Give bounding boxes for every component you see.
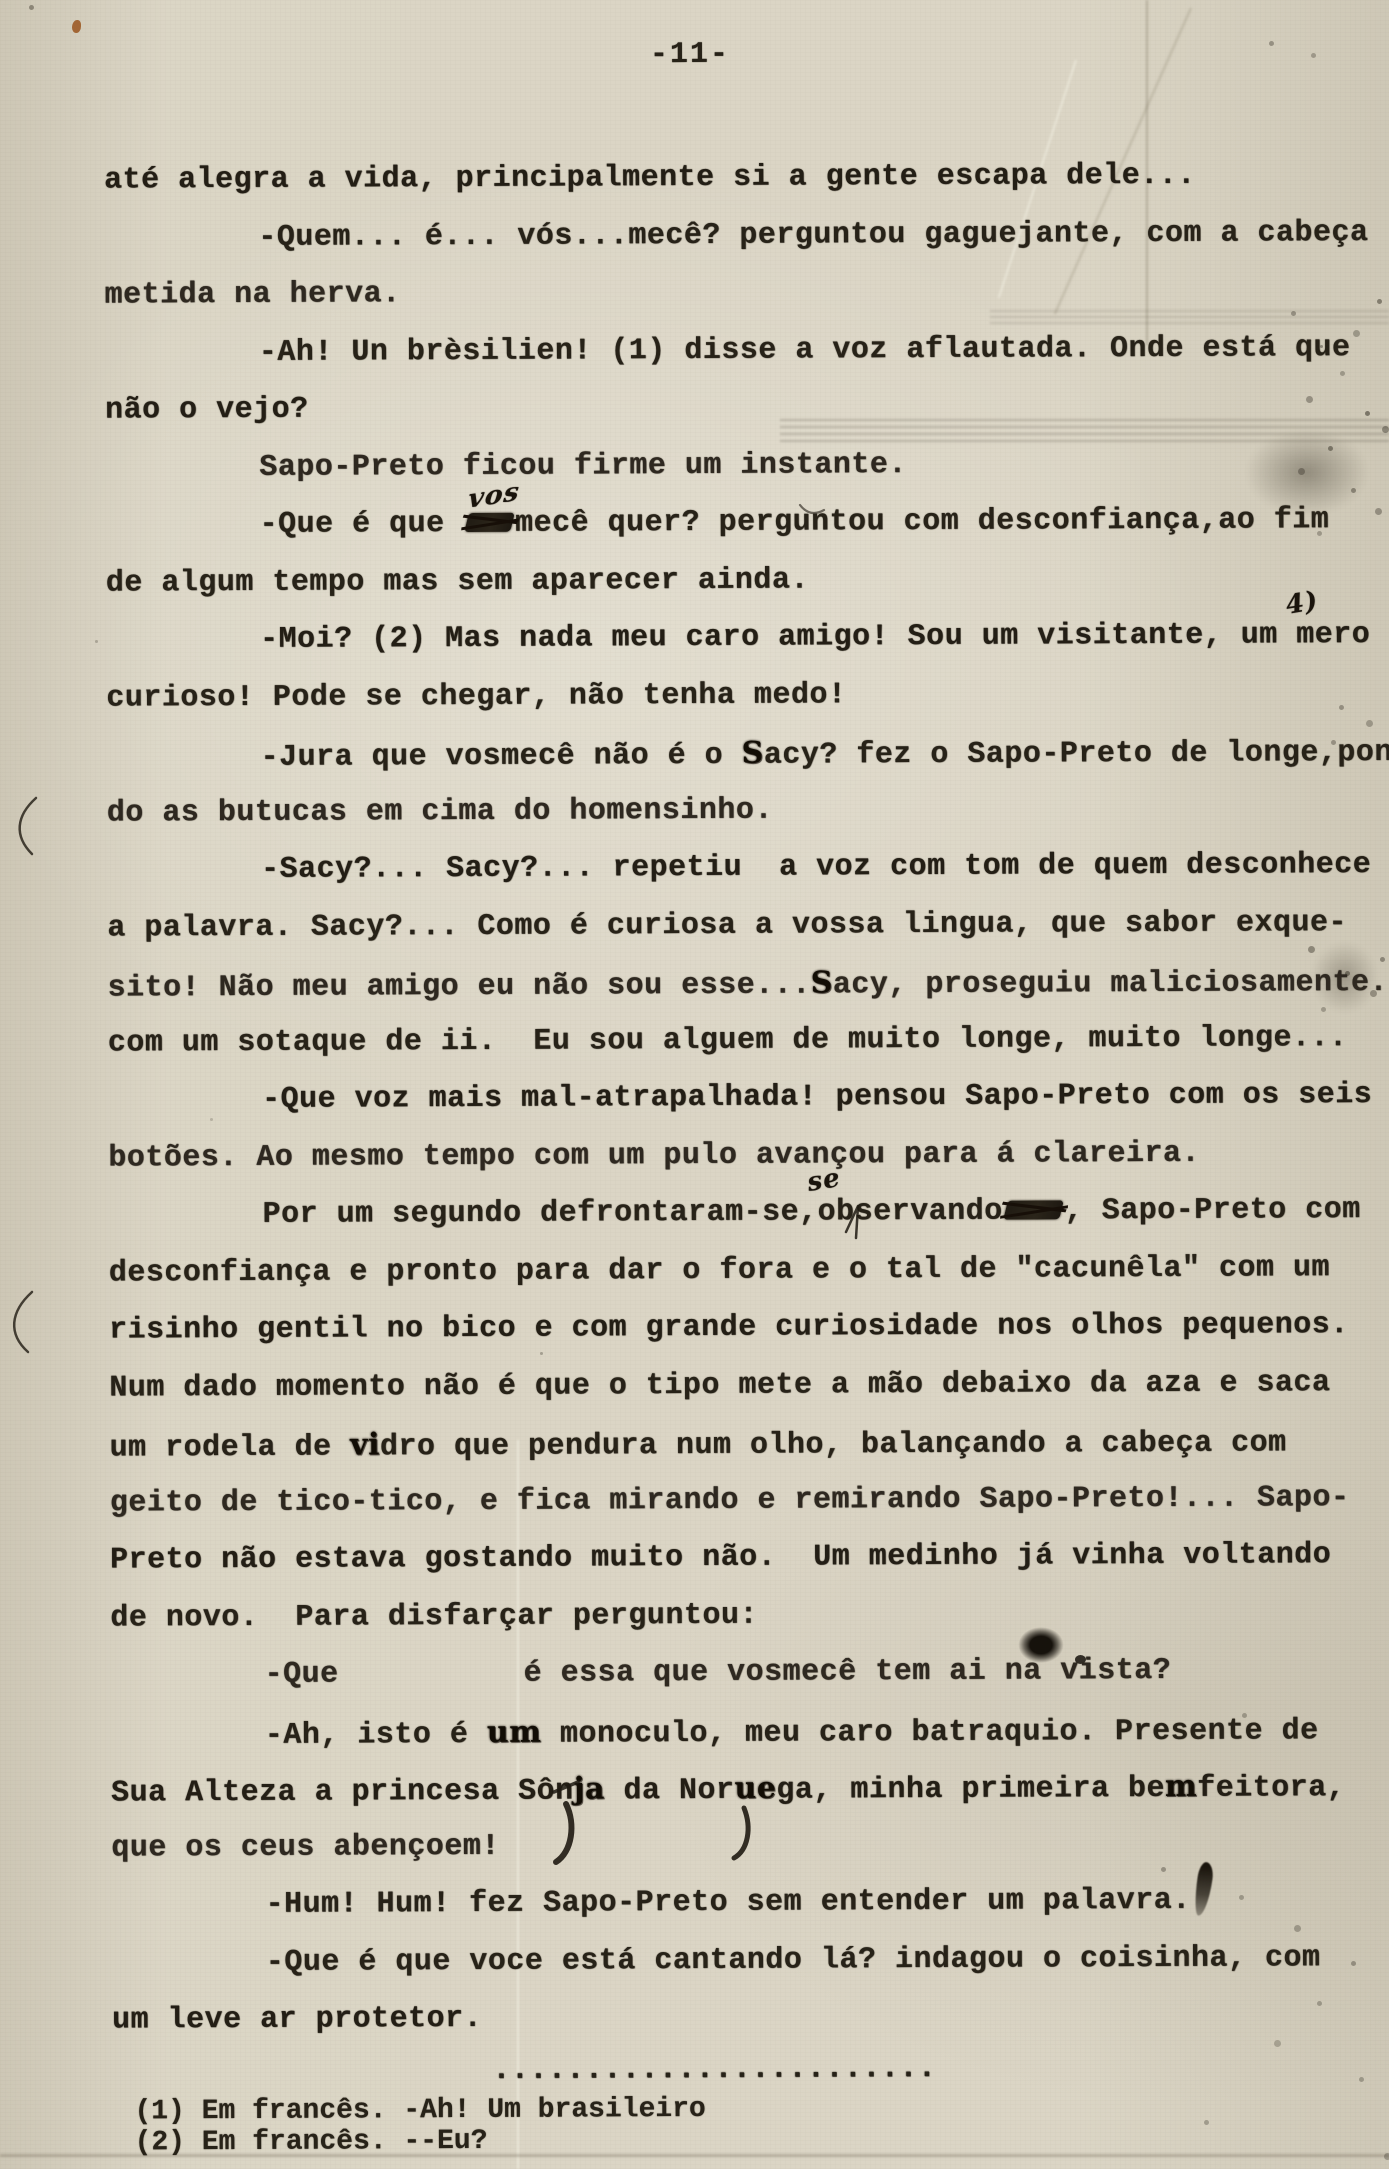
typed-text: risinho gentil no bico e com grande curi… [109,1308,1349,1347]
text-line: do as butucas em cima do homensinho. [107,780,1328,843]
typed-text: a palavra. Sacy?... Como é curiosa a vos… [107,906,1347,945]
typed-text: -Que é que [259,507,463,542]
pen-overwritten-letters: m [1165,1769,1197,1804]
pen-overwritten-letters: S [811,965,833,1000]
typed-text: , Sapo-Preto com [1065,1193,1361,1228]
text-line: até alegra a vida, principalmente si a g… [104,147,1325,210]
text-line: com um sotaque de ii. Eu sou alguem de m… [108,1010,1329,1073]
text-line: de algum tempo mas sem aparecer ainda. [106,550,1327,613]
typed-text: -Que é essa que vosmecê tem ai na vista? [264,1654,1171,1692]
section-divider-dots: ........................ [492,2041,936,2100]
text-line: botões. Ao mesmo tempo com um pulo avanç… [108,1125,1329,1188]
typed-text: da Nor [605,1774,735,1809]
typed-text: de novo. Para disfarçar perguntou: [110,1598,758,1635]
typed-text: acy? fez o Sapo-Preto de longe,pon- [764,736,1389,773]
typed-text: curioso! Pode se chegar, não tenha medo! [106,678,846,715]
handwritten-correction: vos [467,479,521,513]
scanned-typescript-page: -11- até alegra a vida, principalmente s… [0,0,1389,2169]
typed-text: não o vejo? [105,393,309,428]
ink-scribble-strikeout: vos [464,513,515,532]
text-line: metida na herva. [104,262,1325,325]
typed-text: -Ah, isto é [265,1717,487,1752]
text-line: curioso! Pode se chegar, não tenha medo! [106,665,1327,728]
pen-overwritten-letters: ja [574,1771,605,1806]
page-number: -11- [0,35,1385,75]
typed-text: que os ceus abençoem! [111,1829,500,1865]
ink-scribble-strikeout [1003,1200,1064,1219]
text-line: -Que é que voce está cantando lá? indago… [112,1930,1333,1993]
text-line: um leve ar protetor. [112,1987,1333,2050]
typed-text: ga, minha primeira be [776,1772,1165,1808]
footnotes: (1) Em francês. -Ah! Um brasileiro(2) Em… [134,2094,706,2158]
typed-text: feitora, [1197,1771,1345,1806]
typed-text: -Ah! Un brèsilien! (1) disse a voz aflau… [259,331,1351,370]
text-line: Sua Alteza a princesa Sônja da Noruega, … [111,1757,1332,1820]
typed-text: mero [1296,618,1370,652]
typed-text: botões. Ao mesmo tempo com um pulo avanç… [108,1136,1200,1175]
text-line: -Ah, isto é um monoculo, meu caro batraq… [111,1700,1332,1763]
text-lines: até alegra a vida, principalmente si a g… [104,147,1333,2050]
typed-text: sito! Não meu amigo eu não sou esse... [108,968,811,1005]
pen-overwritten-letters: vi [350,1427,380,1462]
typed-text: acy, proseguiu maliciosamente. [833,966,1388,1002]
pen-overwritten-letters: S [742,736,764,771]
typed-text: dro que pendura num olho, balançando a c… [380,1426,1287,1464]
text-line: -Que voz mais mal-atrapalhada! pensou Sa… [108,1067,1329,1130]
text-line: Sapo-Preto ficou firme um instante. [105,435,1326,498]
footnote: (2) Em francês. --Eu? [135,2125,706,2158]
typed-text: monoculo, meu caro batraquio. Presente d… [541,1714,1318,1751]
typed-text: mecê quer? perguntou com desconfiança,ao… [515,503,1329,541]
text-line: de novo. Para disfarçar perguntou: [110,1585,1331,1648]
typed-text: do as butucas em cima do homensinho. [107,793,773,830]
text-line: -Quem... é... vós...mecê? perguntou gagu… [104,205,1325,268]
text-line: -Jura que vosmecê não é o Sacy? fez o Sa… [106,722,1327,785]
text-line: sito! Não meu amigo eu não sou esse...Sa… [107,952,1328,1015]
typed-text: desconfiança e pronto para dar o fora e … [109,1251,1330,1290]
typed-text: Preto não estava gostando muito não. Um … [110,1538,1331,1577]
text-line: geito de tico-tico, e fica mirando e rem… [110,1470,1331,1533]
text-line: -Sacy?... Sacy?... repetiu a voz com tom… [107,837,1328,900]
typed-text: -Quem... é... vós...mecê? perguntou gagu… [258,216,1368,255]
text-line: -Que é essa que vosmecê tem ai na vista? [110,1642,1331,1705]
text-line: -Moi? (2) Mas nada meu caro amigo! Sou u… [106,607,1327,670]
handwritten-correction: 4) [1284,588,1320,619]
text-line: -Ah! Un brèsilien! (1) disse a voz aflau… [105,320,1326,383]
text-line: que os ceus abençoem! [111,1815,1332,1878]
pen-overwritten-letters: ue [734,1771,776,1806]
typed-text: -Sacy?... Sacy?... repetiu a voz com tom… [261,848,1371,887]
text-line: desconfiança e pronto para dar o fora e … [109,1240,1330,1303]
text-line: Por um segundo defrontaram-se,seobservan… [108,1182,1329,1245]
typed-text: de algum tempo mas sem aparecer ainda. [106,563,809,600]
typed-text: geito de tico-tico, e fica mirando e rem… [110,1481,1350,1520]
text-line: Num dado momento não é que o tipo mete a… [109,1355,1330,1418]
footnote: (1) Em francês. -Ah! Um brasileiro [134,2094,705,2127]
typed-text: -Que é que voce está cantando lá? indago… [266,1941,1321,1980]
text-line: -Que é que vosmecê quer? perguntou com d… [105,492,1326,555]
text-line: -Hum! Hum! fez Sapo-Preto sem entender u… [111,1872,1332,1935]
typed-text: Sua Alteza a princesa Sôn [111,1775,574,1811]
typed-text: até alegra a vida, principalmente si a g… [104,159,1196,198]
handwritten-correction: se [806,1165,843,1196]
text-line: risinho gentil no bico e com grande curi… [109,1297,1330,1360]
text-line: a palavra. Sacy?... Como é curiosa a vos… [107,895,1328,958]
typed-text: Sapo-Preto ficou firme um instante. [259,448,907,485]
typed-text: observando [818,1195,1003,1230]
typed-text: -Hum! Hum! fez Sapo-Preto sem entender u… [266,1884,1191,1922]
typed-text: metida na herva. [104,277,400,312]
typed-text: -Moi? (2) Mas nada meu caro amigo! Sou u… [260,618,1296,657]
typed-text: um leve ar protetor. [112,2002,482,2038]
text-line: Preto não estava gostando muito não. Um … [110,1527,1331,1590]
typed-text: -Jura que vosmecê não é o [260,739,741,775]
typed-text: um rodela de [110,1431,351,1466]
typed-text: -Que voz mais mal-atrapalhada! pensou Sa… [262,1078,1372,1117]
text-line: não o vejo? [105,377,1326,440]
typed-text: Num dado momento não é que o tipo mete a… [109,1366,1330,1405]
pen-overwritten-letters: um [487,1714,542,1749]
text-line: um rodela de vidro que pendura num olho,… [109,1412,1330,1475]
typed-text: Por um segundo defrontaram-se, [262,1195,817,1231]
typed-text: com um sotaque de ii. Eu sou alguem de m… [108,1021,1348,1060]
